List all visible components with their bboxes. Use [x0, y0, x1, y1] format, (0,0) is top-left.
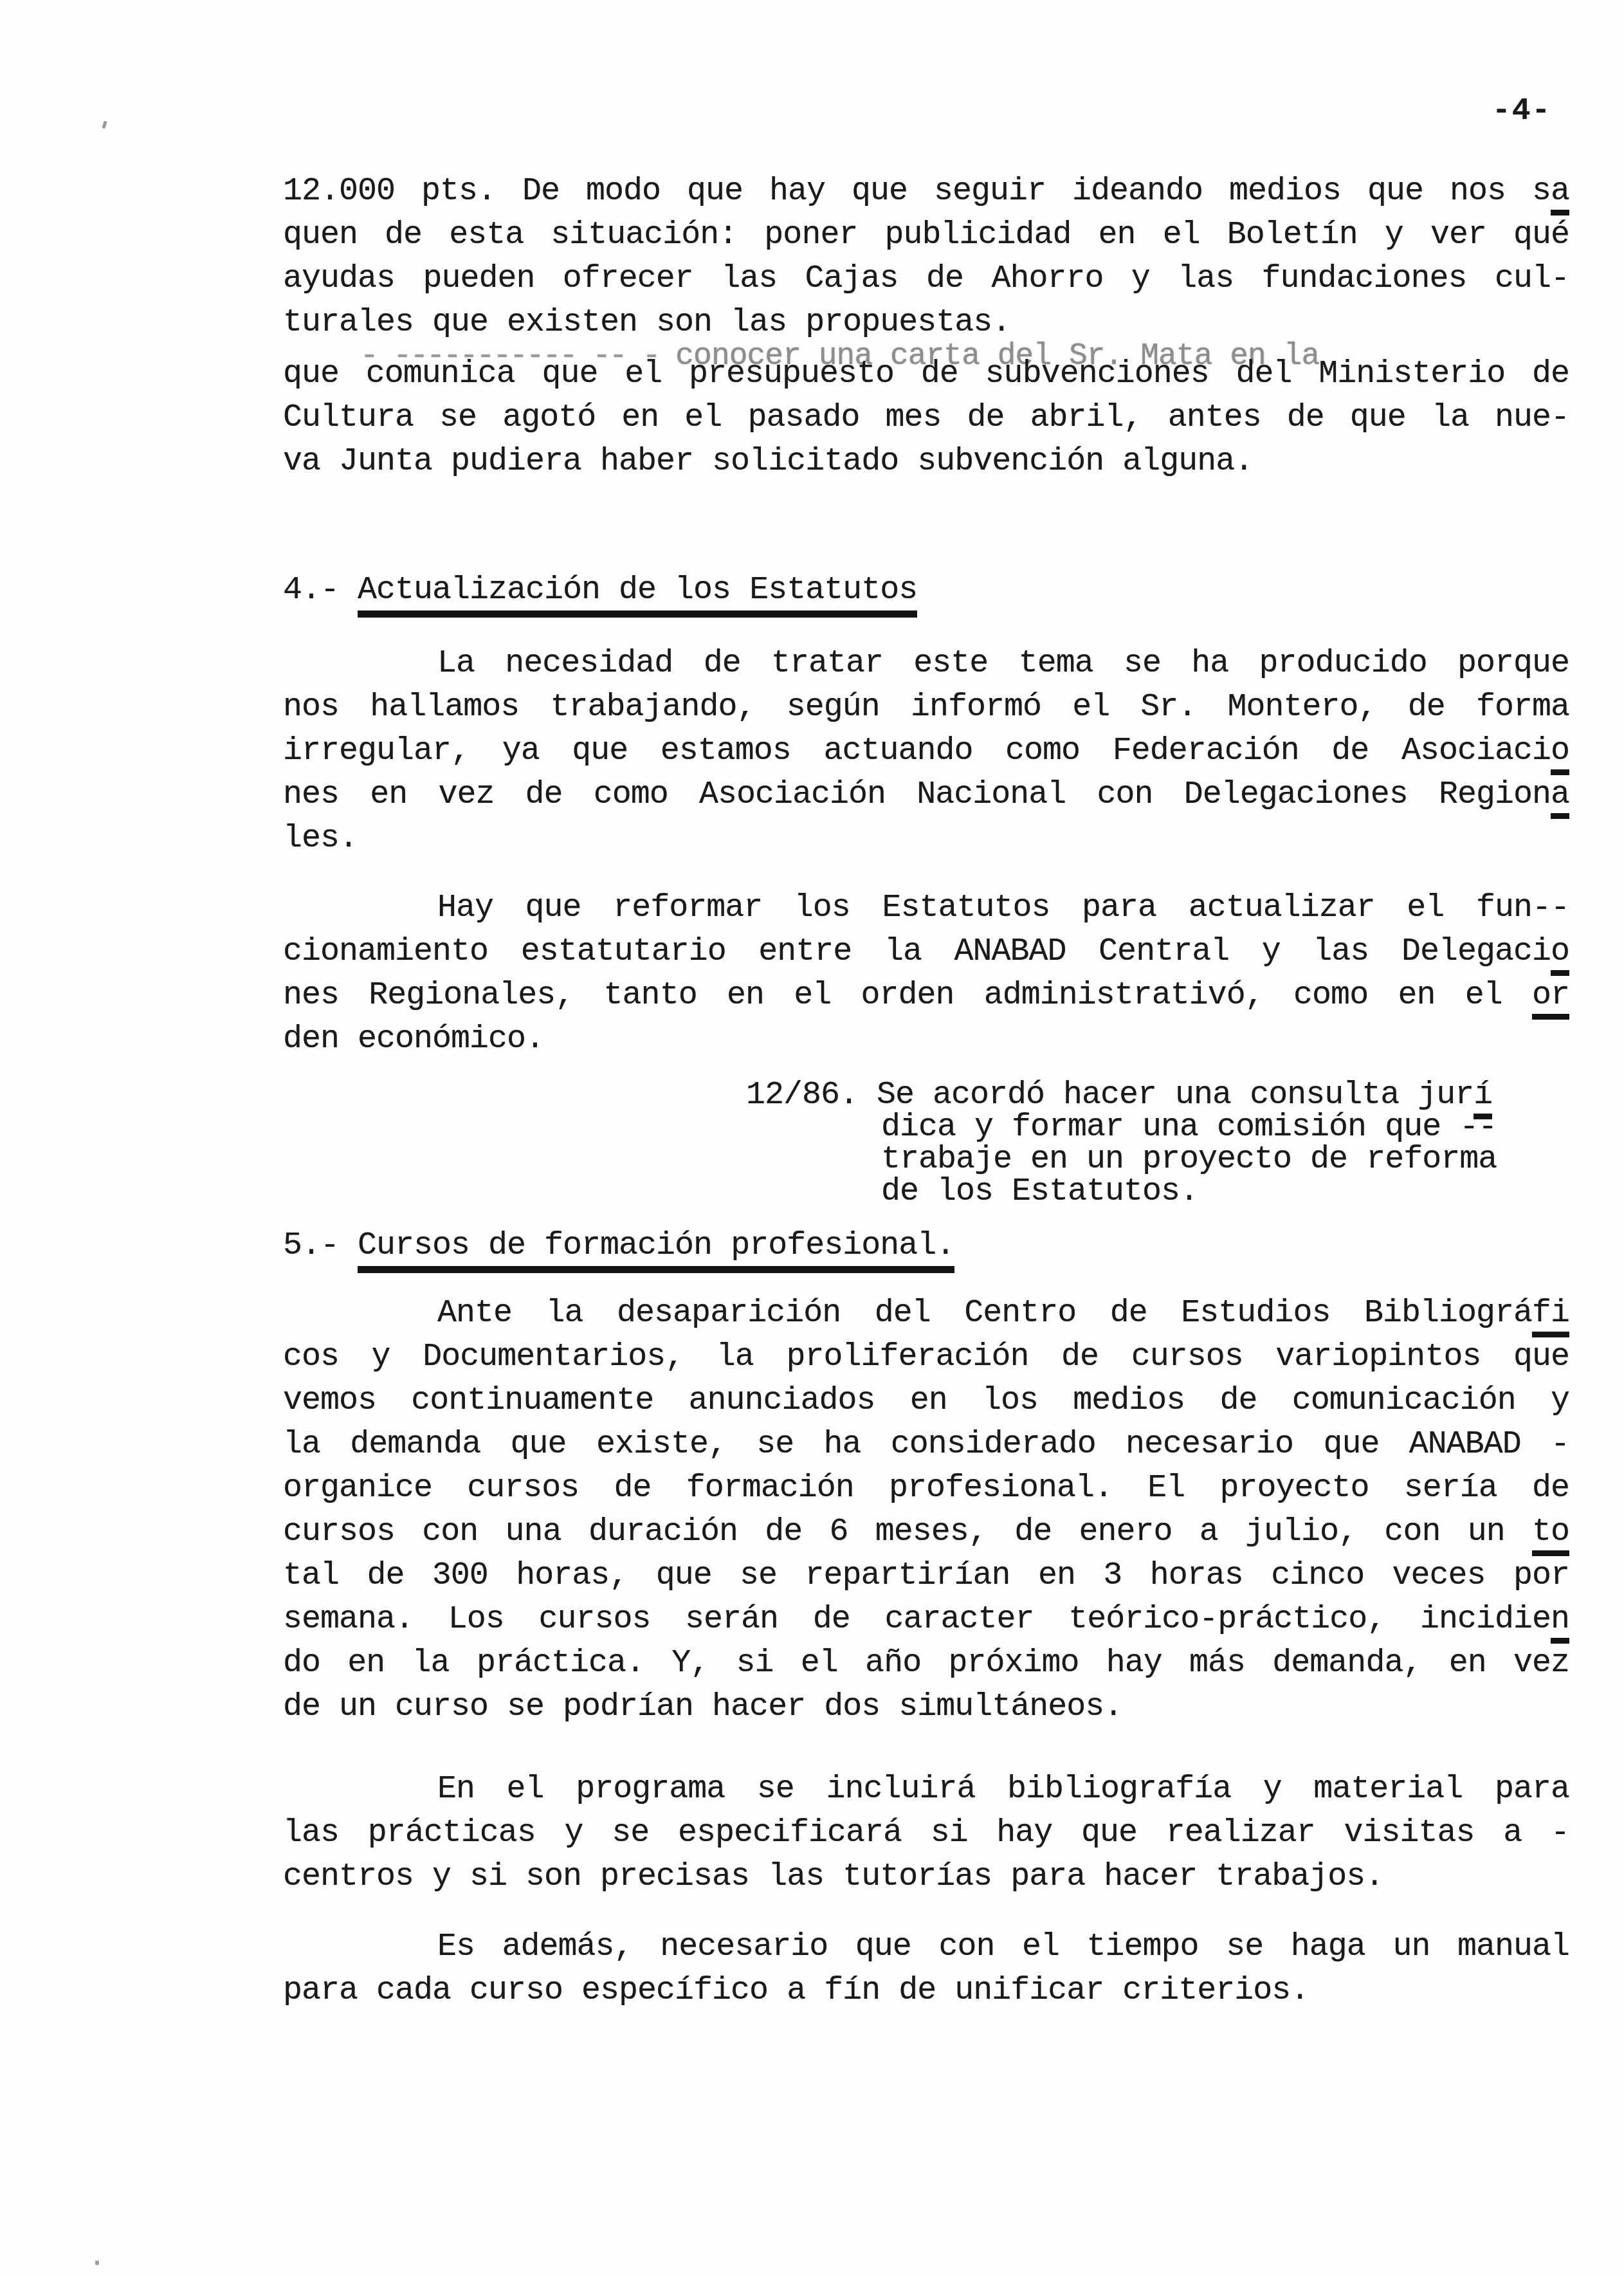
text-line: nes Regionales, tanto en el orden admini… [283, 974, 1569, 1018]
heading-title: Cursos de formación profesional. [358, 1227, 954, 1273]
text-line: va Junta pudiera haber solicitado subven… [283, 440, 1569, 484]
text-line: ayudas pueden ofrecer las Cajas de Ahorr… [283, 257, 1569, 301]
ink-speck [102, 121, 107, 129]
continuation-underline: a [1551, 173, 1569, 216]
continuation-underline: to [1532, 1514, 1569, 1556]
text-line: de los Estatutos. [746, 1176, 1569, 1208]
text-line: 12.000 pts. De modo que hay que seguir i… [283, 170, 1569, 214]
text-line: cionamiento estatutario entre la ANABAD … [283, 930, 1569, 974]
text-line: cos y Documentarios, la proliferación de… [283, 1335, 1569, 1379]
continuation-underline: o [1551, 733, 1569, 775]
text-line: Hay que reformar los Estatutos para actu… [283, 886, 1569, 930]
ink-speck [95, 2261, 99, 2265]
text-line: organice cursos de formación profesional… [283, 1467, 1569, 1510]
text-line: semana. Los cursos serán de caracter teó… [283, 1598, 1569, 1642]
text-line: dica y formar una comisión que -- [746, 1112, 1569, 1144]
text-line: trabaje en un proyecto de reforma [746, 1144, 1569, 1176]
paragraph-subvenciones: 12.000 pts. De modo que hay que seguir i… [283, 170, 1569, 484]
text-line: La necesidad de tratar este tema se ha p… [283, 642, 1569, 686]
text-line: nos hallamos trabajando, según informó e… [283, 686, 1569, 730]
text-line: las prácticas y se especificará si hay q… [283, 1812, 1569, 1855]
text-line: nes en vez de como Asociación Nacional c… [283, 773, 1569, 817]
continuation-underline: a [1551, 776, 1569, 819]
continuation-underline: fi [1532, 1295, 1569, 1337]
text-line: 12/86. Se acordó hacer una consulta jurí [746, 1079, 1569, 1112]
continuation-underline: o [1551, 933, 1569, 976]
resolution-block-12-86: 12/86. Se acordó hacer una consulta jurí… [746, 1079, 1569, 1208]
text-line: turales que existen son las propuestas. [283, 301, 1569, 345]
document-body: 12.000 pts. De modo que hay que seguir i… [283, 170, 1569, 2013]
text-line: que comunica que el presupuesto de subve… [283, 353, 1569, 396]
text-line: cursos con una duración de 6 meses, de e… [283, 1510, 1569, 1554]
paragraph-programa: En el programa se incluirá bibliografía … [283, 1768, 1569, 1899]
text-line: quen de esta situación: poner publicidad… [283, 214, 1569, 257]
paragraph-manual: Es además, necesario que con el tiempo s… [283, 1925, 1569, 2013]
paragraph-cursos: Ante la desaparición del Centro de Estud… [283, 1292, 1569, 1729]
paragraph-reformar: Hay que reformar los Estatutos para actu… [283, 886, 1569, 1061]
text-line: la demanda que existe, se ha considerado… [283, 1423, 1569, 1467]
text-line: irregular, ya que estamos actuando como … [283, 730, 1569, 773]
section-heading-5: 5.- Cursos de formación profesional. [283, 1224, 1569, 1268]
section-heading-4: 4.- Actualización de los Estatutos [283, 569, 1569, 612]
text-line: den económico. [283, 1018, 1569, 1061]
heading-title: Actualización de los Estatutos [358, 572, 917, 618]
heading-number: 5.- [283, 1227, 358, 1264]
text-line: de un curso se podrían hacer dos simultá… [283, 1685, 1569, 1729]
heading-number: 4.- [283, 572, 358, 609]
continuation-underline: or [1532, 977, 1569, 1020]
scanned-document-page: -4- - ----------- -- - conocer una carta… [0, 0, 1624, 2276]
text-line: Ante la desaparición del Centro de Estud… [283, 1292, 1569, 1335]
text-line: do en la práctica. Y, si el año próximo … [283, 1642, 1569, 1685]
text-line: vemos continuamente anunciados en los me… [283, 1379, 1569, 1423]
text-line: centros y si son precisas las tutorías p… [283, 1855, 1569, 1899]
page-number: -4- [1492, 94, 1551, 129]
text-line: tal de 300 horas, que se repartirían en … [283, 1554, 1569, 1598]
text-line: para cada curso específico a fín de unif… [283, 1969, 1569, 2013]
text-line: En el programa se incluirá bibliografía … [283, 1768, 1569, 1812]
text-line: Cultura se agotó en el pasado mes de abr… [283, 396, 1569, 440]
continuation-underline: n [1551, 1601, 1569, 1644]
paragraph-necesidad: La necesidad de tratar este tema se ha p… [283, 642, 1569, 861]
text-line: Es además, necesario que con el tiempo s… [283, 1925, 1569, 1969]
text-line: les. [283, 817, 1569, 861]
